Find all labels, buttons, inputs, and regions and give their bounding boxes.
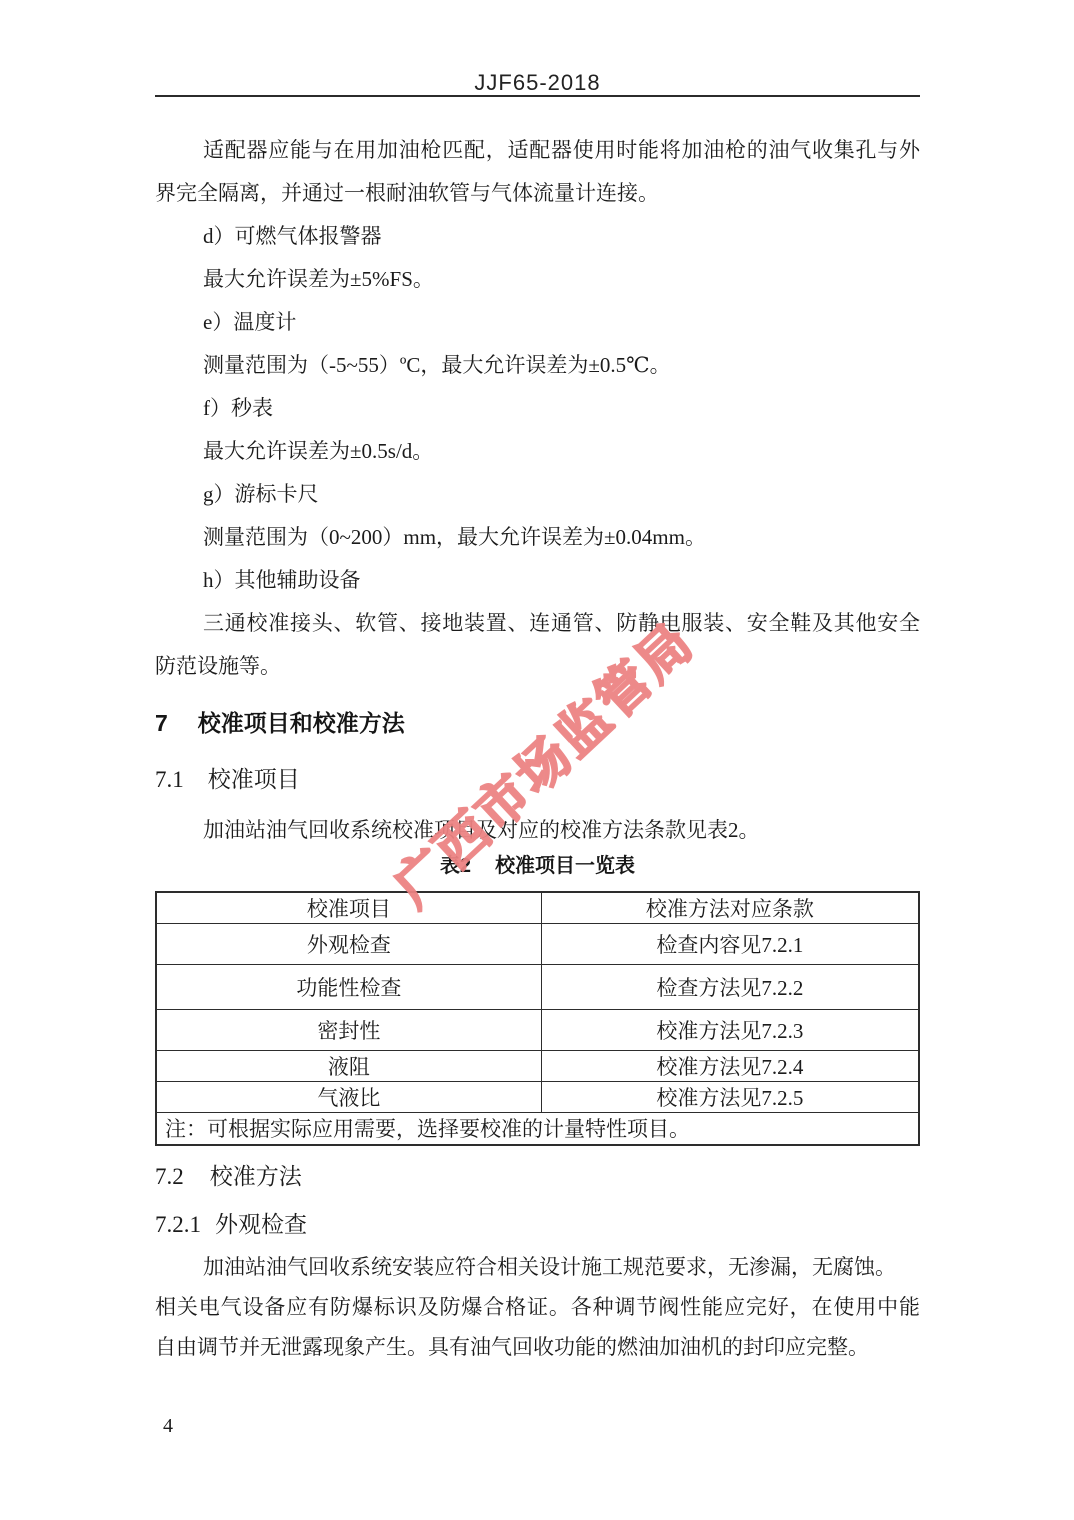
paragraph-line: 自由调节并无泄露现象产生。具有油气回收功能的燃油加油机的封印应完整。	[155, 1332, 920, 1362]
table-header-row: 校准项目 校准方法对应条款	[156, 892, 919, 924]
paragraph-line: 适配器应能与在用加油枪匹配，适配器使用时能将加油枪的油气收集孔与外	[155, 135, 920, 165]
table-row: 外观检查 检查内容见7.2.1	[156, 924, 919, 965]
table-header-cell: 校准方法对应条款	[541, 892, 919, 924]
table-cell: 检查方法见7.2.2	[541, 965, 919, 1010]
list-item-line: g）游标卡尺	[155, 479, 920, 509]
table-cell: 检查内容见7.2.1	[541, 924, 919, 965]
table-cell: 密封性	[156, 1010, 541, 1051]
table-row: 液阻 校准方法见7.2.4	[156, 1051, 919, 1082]
paragraph-line: 加油站油气回收系统校准项目及对应的校准方法条款见表2。	[155, 815, 920, 845]
document-page: 广西市场监管局 JJF65-2018 适配器应能与在用加油枪匹配，适配器使用时能…	[0, 0, 1074, 1520]
list-item-line: e）温度计	[155, 307, 920, 337]
table-cell: 校准方法见7.2.4	[541, 1051, 919, 1082]
running-header: JJF65-2018	[155, 0, 920, 97]
paragraph-line: 三通校准接头、软管、接地装置、连通管、防静电服装、安全鞋及其他安全	[155, 608, 920, 638]
table-cell: 气液比	[156, 1082, 541, 1113]
list-item-line: 最大允许误差为±5%FS。	[155, 264, 920, 294]
section-7-2-1-heading: 7.2.1外观检查	[155, 1210, 920, 1240]
section-title: 外观检查	[215, 1212, 307, 1237]
list-item-line: 最大允许误差为±0.5s/d。	[155, 436, 920, 466]
calibration-items-table: 校准项目 校准方法对应条款 外观检查 检查内容见7.2.1 功能性检查 检查方法…	[155, 891, 920, 1146]
table-row: 密封性 校准方法见7.2.3	[156, 1010, 919, 1051]
table-note-cell: 注：可根据实际应用需要，选择要校准的计量特性项目。	[156, 1113, 919, 1145]
table-caption-title: 校准项目一览表	[495, 855, 635, 877]
table-note-row: 注：可根据实际应用需要，选择要校准的计量特性项目。	[156, 1113, 919, 1145]
table-row: 功能性检查 检查方法见7.2.2	[156, 965, 919, 1010]
table-cell: 外观检查	[156, 924, 541, 965]
paragraph-line: 防范设施等。	[155, 651, 920, 681]
paragraph-line: 界完全隔离，并通过一根耐油软管与气体流量计连接。	[155, 178, 920, 208]
section-title: 校准方法	[210, 1164, 302, 1189]
table-row: 气液比 校准方法见7.2.5	[156, 1082, 919, 1113]
table-caption-label: 表2	[440, 855, 471, 877]
table-caption: 表2校准项目一览表	[155, 853, 920, 879]
table-cell: 校准方法见7.2.3	[541, 1010, 919, 1051]
section-7-2-heading: 7.2校准方法	[155, 1162, 920, 1192]
list-item-line: h）其他辅助设备	[155, 565, 920, 595]
section-7-1-heading: 7.1校准项目	[155, 765, 920, 795]
doc-code: JJF65-2018	[474, 70, 600, 95]
table-header-cell: 校准项目	[156, 892, 541, 924]
section-title: 校准项目	[208, 767, 300, 792]
paragraph-line: 加油站油气回收系统安装应符合相关设计施工规范要求，无渗漏，无腐蚀。	[155, 1252, 920, 1282]
paragraph-line: 相关电气设备应有防爆标识及防爆合格证。各种调节阀性能应完好，在使用中能	[155, 1292, 920, 1322]
section-number: 7.2.1	[155, 1212, 201, 1237]
section-number: 7.1	[155, 767, 184, 792]
list-item-line: d）可燃气体报警器	[155, 221, 920, 251]
section-7-heading: 7校准项目和校准方法	[155, 708, 920, 738]
section-title: 校准项目和校准方法	[198, 710, 405, 736]
section-number: 7.2	[155, 1164, 184, 1189]
table-cell: 液阻	[156, 1051, 541, 1082]
list-item-line: 测量范围为（0~200）mm，最大允许误差为±0.04mm。	[155, 522, 920, 552]
list-item-line: f）秒表	[155, 393, 920, 423]
page-number: 4	[155, 1413, 920, 1439]
list-item-line: 测量范围为（-5~55）ºC，最大允许误差为±0.5℃。	[155, 350, 920, 380]
table-cell: 功能性检查	[156, 965, 541, 1010]
section-number: 7	[155, 710, 168, 736]
table-cell: 校准方法见7.2.5	[541, 1082, 919, 1113]
